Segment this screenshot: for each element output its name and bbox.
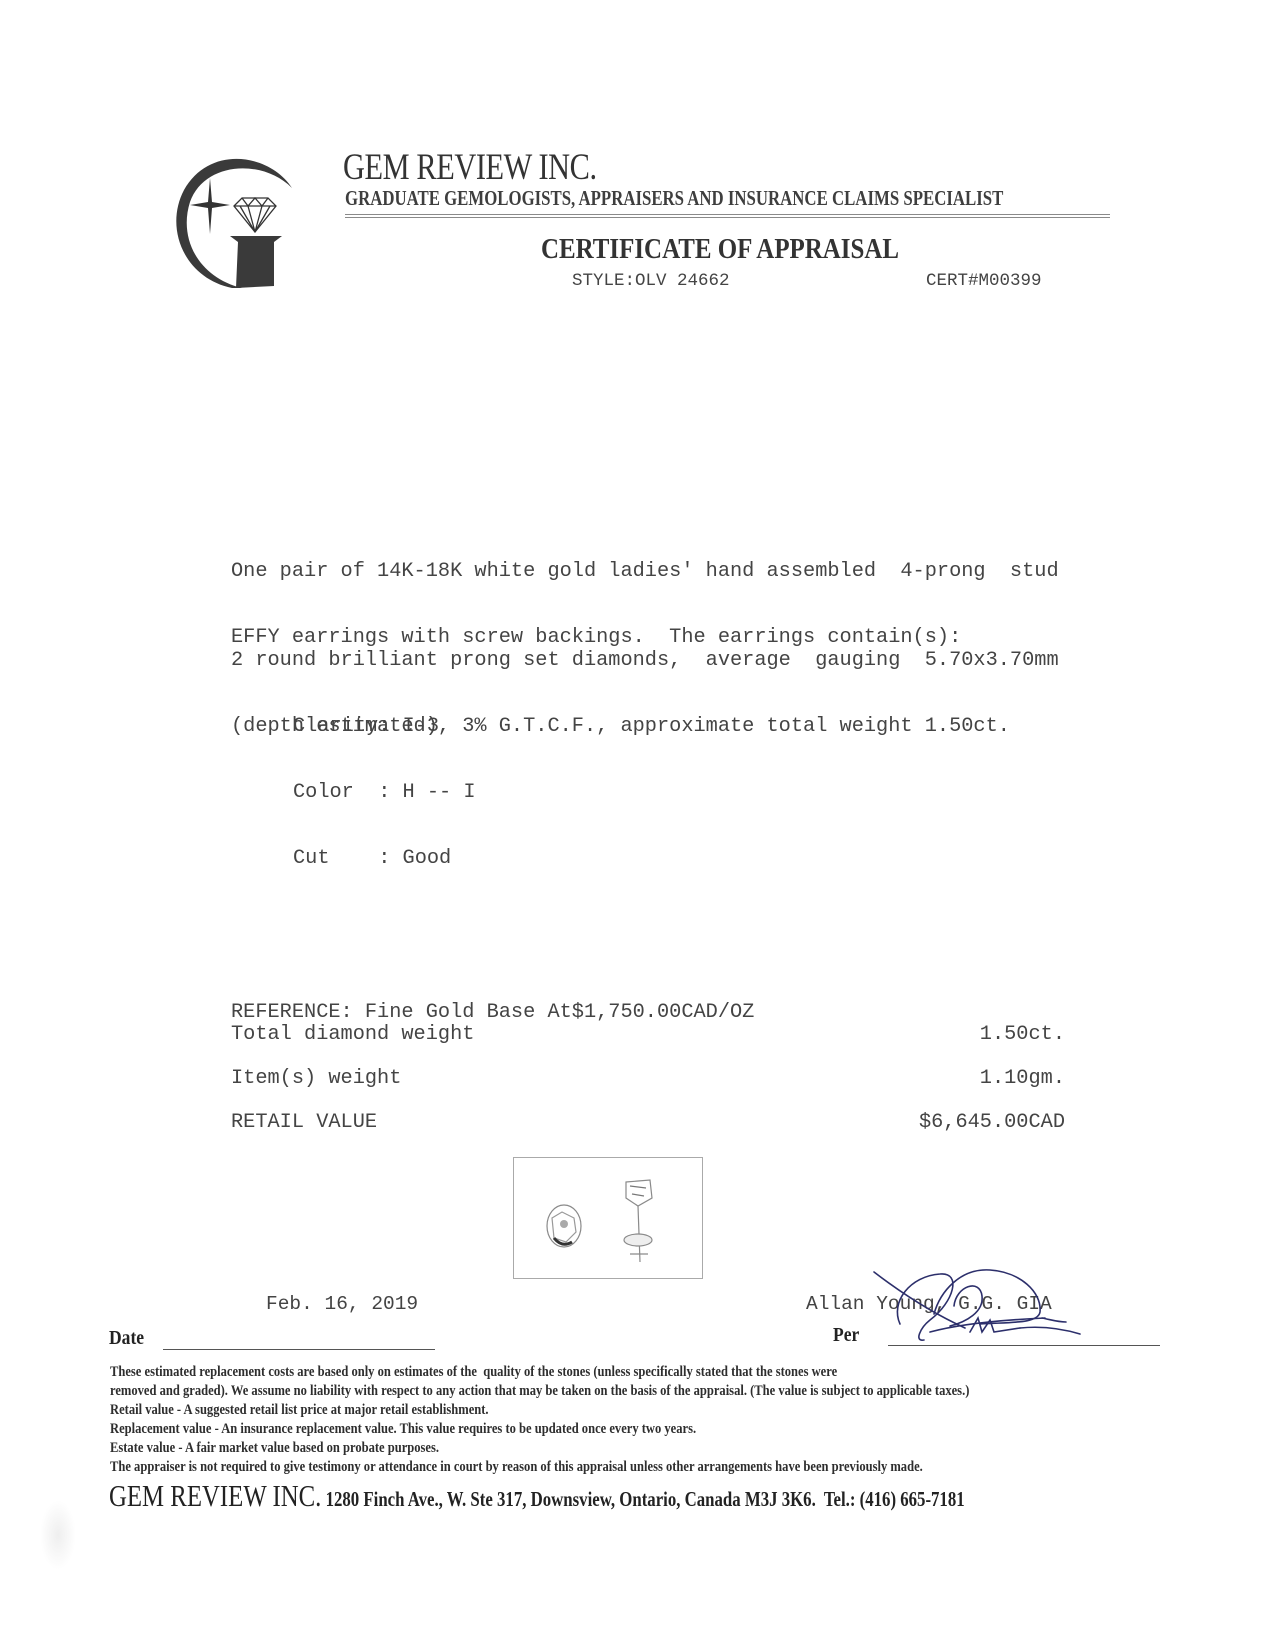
- earrings-image-icon: [514, 1158, 702, 1278]
- disclaimer-line: These estimated replacement costs are ba…: [110, 1363, 1056, 1382]
- per-label: Per: [833, 1325, 859, 1347]
- certificate-number: CERT#M00399: [926, 271, 1042, 291]
- row-value: 1.10gm.: [980, 1068, 1065, 1090]
- footer-address: 1280 Finch Ave., W. Ste 317, Downsview, …: [321, 1487, 964, 1511]
- item-description-line: One pair of 14K-18K white gold ladies' h…: [231, 561, 1059, 583]
- company-tagline: GRADUATE GEMOLOGISTS, APPRAISERS AND INS…: [345, 186, 1003, 211]
- date-signature-line: [163, 1349, 435, 1350]
- grading-details: Clarity: I-3 Color : H -- I Cut : Good: [293, 672, 476, 892]
- certificate-title: CERTIFICATE OF APPRAISAL: [541, 233, 899, 266]
- scan-smudge: [40, 1500, 76, 1570]
- retail-value-definition: Retail value - A suggested retail list p…: [110, 1401, 1056, 1420]
- row-label: Total diamond weight: [231, 1024, 474, 1046]
- estate-value-definition: Estate value - A fair market value based…: [110, 1439, 1056, 1458]
- clarity-grade: Clarity: I-3: [293, 716, 476, 738]
- row-label: RETAIL VALUE: [231, 1112, 377, 1134]
- signature-icon: [870, 1262, 1090, 1352]
- row-value: $6,645.00CAD: [919, 1112, 1065, 1134]
- disclaimer: These estimated replacement costs are ba…: [110, 1363, 1210, 1477]
- appraisal-date: Feb. 16, 2019: [266, 1293, 418, 1315]
- retail-value-row: RETAIL VALUE $6,645.00CAD: [231, 1112, 1065, 1134]
- cut-grade: Cut : Good: [293, 848, 476, 870]
- header-divider: [345, 214, 1110, 218]
- testimony-notice: The appraiser is not required to give te…: [110, 1458, 1056, 1477]
- footer-company-name: GEM REVIEW INC.: [109, 1478, 321, 1513]
- gem-g-logo-icon: [170, 150, 305, 292]
- date-label: Date: [109, 1328, 144, 1350]
- disclaimer-line: removed and graded). We assume no liabil…: [110, 1382, 1056, 1401]
- replacement-value-definition: Replacement value - An insurance replace…: [110, 1420, 1056, 1439]
- style-number: STYLE:OLV 24662: [572, 271, 730, 291]
- gold-reference: REFERENCE: Fine Gold Base At$1,750.00CAD…: [231, 1002, 754, 1024]
- stone-description-line: 2 round brilliant prong set diamonds, av…: [231, 650, 1059, 672]
- company-name: GEM REVIEW INC.: [343, 146, 597, 189]
- total-diamond-weight-row: Total diamond weight 1.50ct.: [231, 1024, 1065, 1046]
- color-grade: Color : H -- I: [293, 782, 476, 804]
- row-value: 1.50ct.: [980, 1024, 1065, 1046]
- row-label: Item(s) weight: [231, 1068, 401, 1090]
- item-weight-row: Item(s) weight 1.10gm.: [231, 1068, 1065, 1090]
- valuation-table: Total diamond weight 1.50ct. Item(s) wei…: [231, 1024, 1065, 1134]
- footer: GEM REVIEW INC. 1280 Finch Ave., W. Ste …: [109, 1478, 965, 1514]
- earrings-photo: [513, 1157, 703, 1279]
